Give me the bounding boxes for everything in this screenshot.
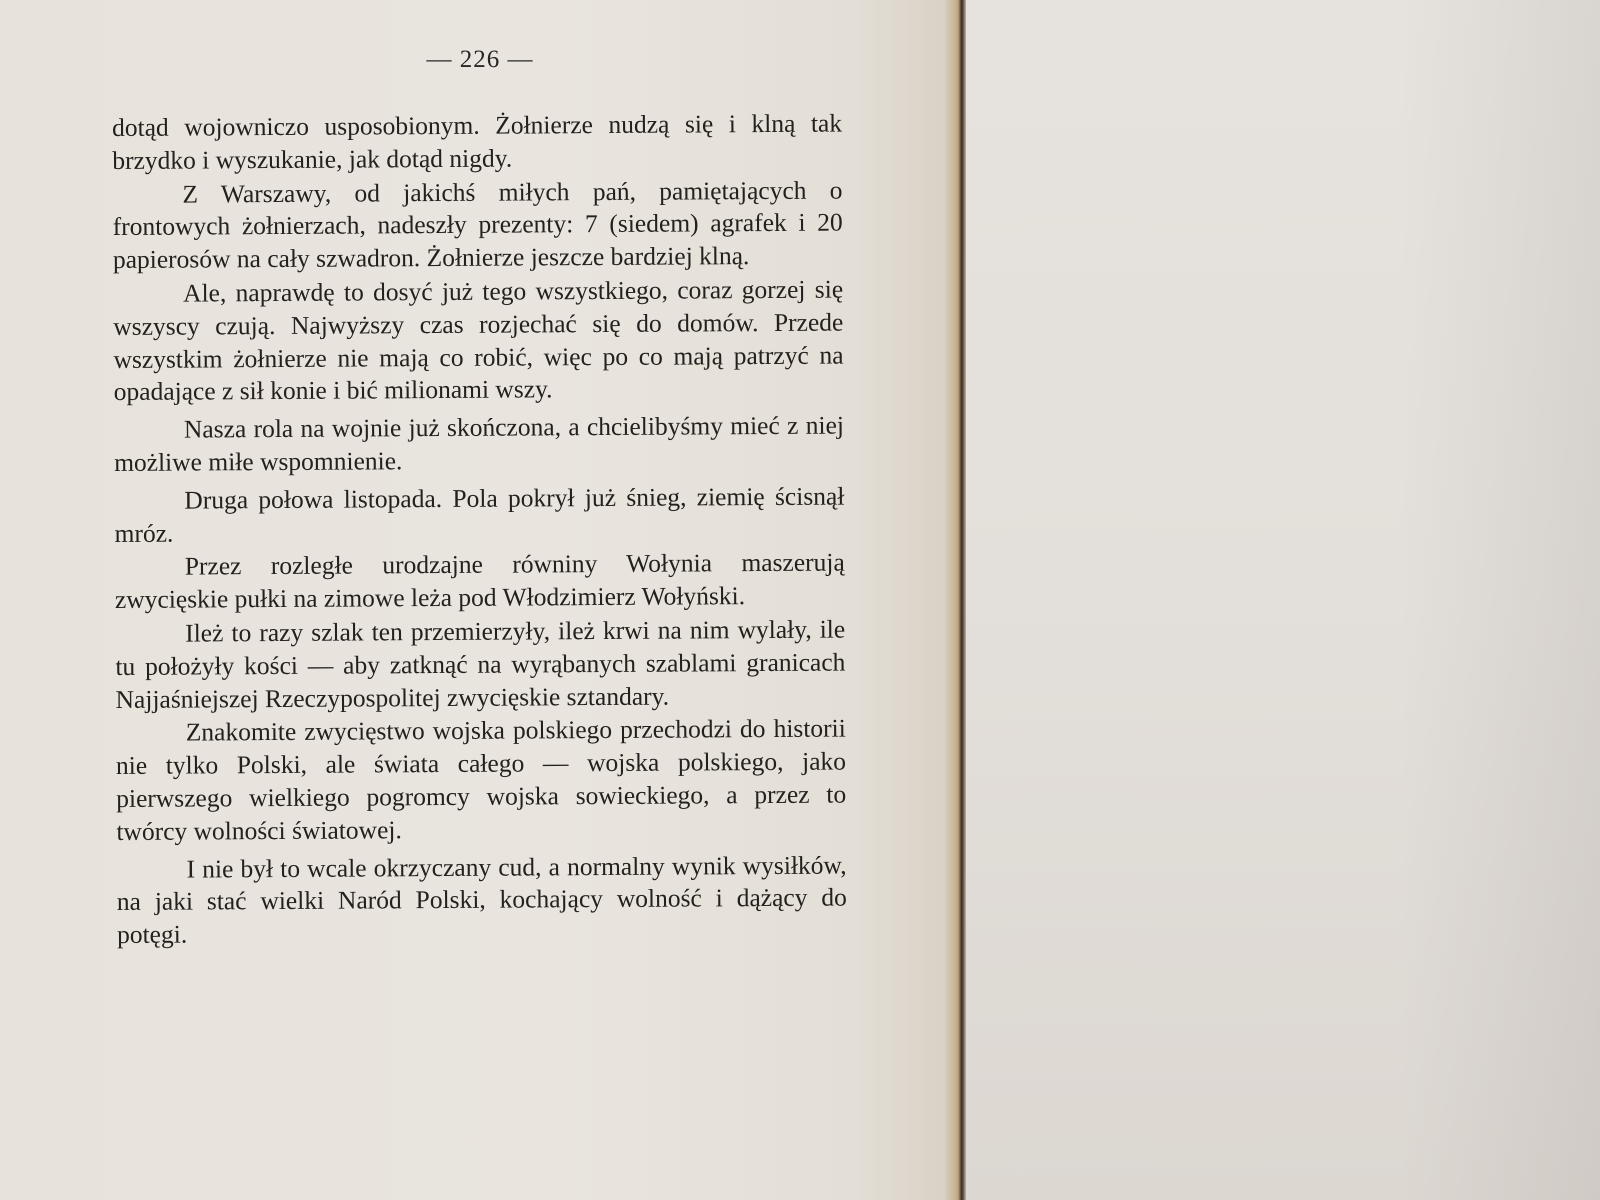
paragraph-4: Nasza rola na wojnie już skończona, a ch…: [114, 410, 844, 480]
paragraph-8: Znakomite zwycięstwo wojska polskiego pr…: [116, 713, 847, 849]
paragraph-2: Z Warszawy, od jakichś miłych pań, pamię…: [112, 174, 843, 277]
paragraph-6: Przez rozległe urodzajne równiny Wołynia…: [115, 547, 845, 617]
paragraph-3: Ale, naprawdę to dosyć już tego wszystki…: [113, 274, 844, 410]
book-spread: — 226 — dotąd wojowniczo usposobionym. Ż…: [0, 0, 1600, 1200]
left-page: — 226 — dotąd wojowniczo usposobionym. Ż…: [0, 0, 950, 1200]
right-page-blank: [966, 0, 1600, 1200]
book-gutter: [945, 0, 967, 1200]
paragraph-9: I nie był to wcale okrzyczany cud, a nor…: [117, 849, 848, 952]
page-text-block: dotąd wojowniczo usposobionym. Żołnierze…: [112, 108, 847, 952]
paragraph-7: Ileż to razy szlak ten przemierzyły, ile…: [115, 613, 846, 716]
paragraph-5: Druga połowa listopada. Pola pokrył już …: [114, 480, 844, 550]
paragraph-1: dotąd wojowniczo usposobionym. Żołnierze…: [112, 108, 842, 178]
page-number: — 226 —: [0, 46, 960, 74]
